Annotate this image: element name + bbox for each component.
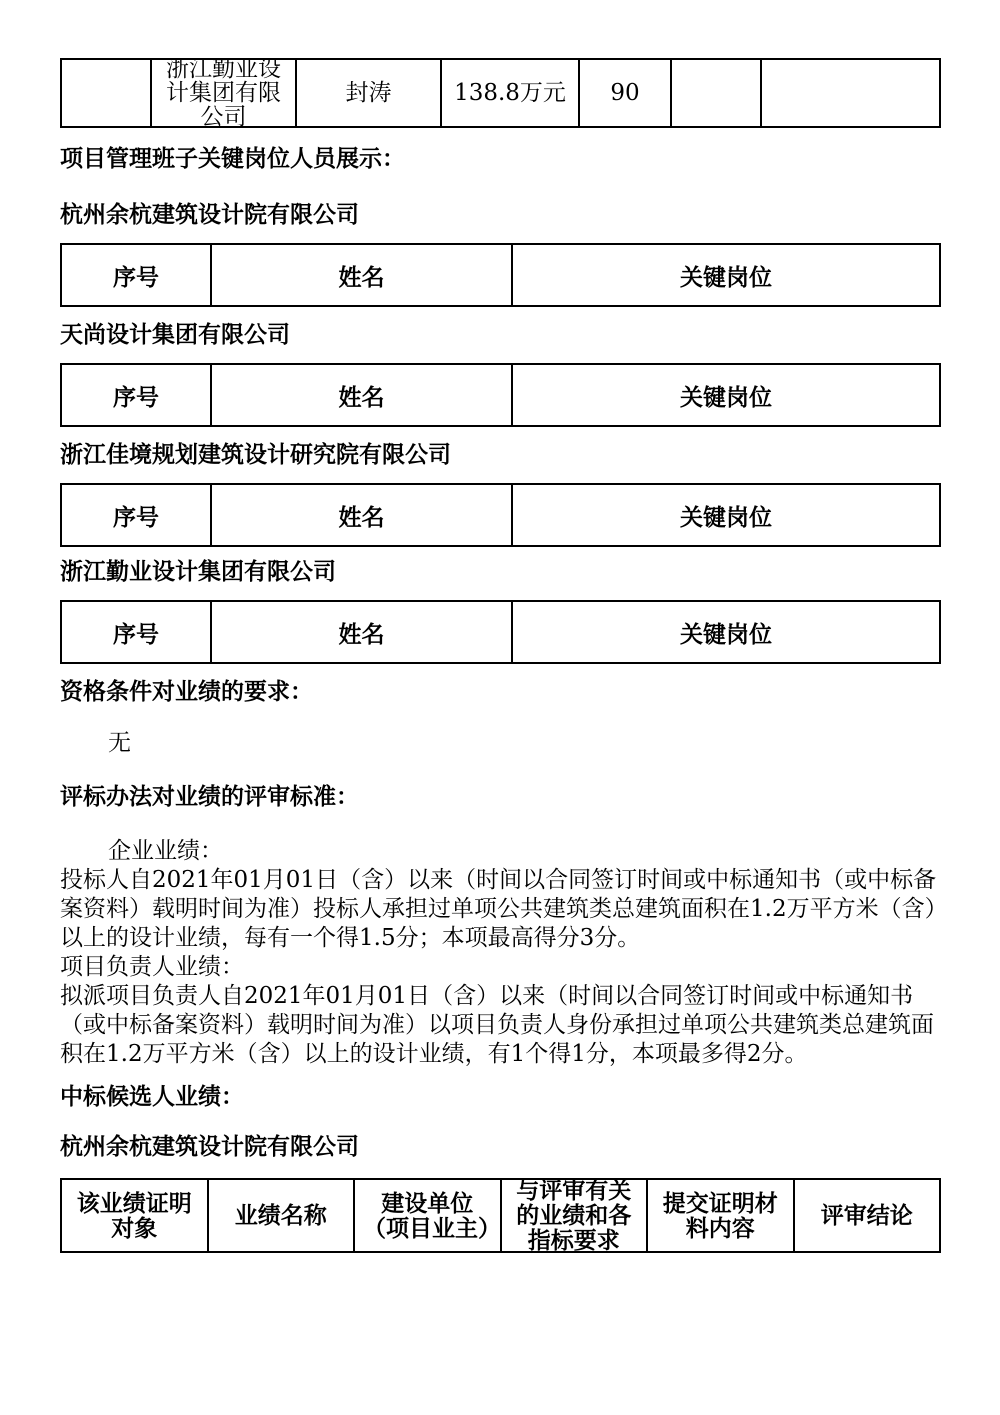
roster-header-name: 姓名 (210, 485, 511, 545)
performance-header-proof-materials: 提交证明材料内容 (646, 1180, 793, 1251)
roster-header-name: 姓名 (210, 602, 511, 662)
table-cell-bidder-name: 浙江勤业设计集团有限公司 (150, 60, 295, 126)
table-cell-empty (62, 60, 150, 126)
performance-header-proof-subject: 该业绩证明对象 (62, 1180, 207, 1251)
section-heading-key-positions: 项目管理班子关键岗位人员展示： (60, 147, 941, 170)
roster-table: 序号 姓名 关键岗位 (60, 363, 941, 427)
company-heading: 杭州余杭建筑设计院有限公司 (60, 203, 941, 226)
roster-table: 序号 姓名 关键岗位 (60, 483, 941, 547)
section-heading-winner-performance: 中标候选人业绩： (60, 1085, 941, 1108)
roster-header-index: 序号 (62, 485, 210, 545)
roster-header-position: 关键岗位 (511, 365, 939, 425)
company-heading: 天尚设计集团有限公司 (60, 323, 941, 346)
roster-header-name: 姓名 (210, 365, 511, 425)
qualification-value: 无 (60, 732, 941, 755)
roster-header-position: 关键岗位 (511, 245, 939, 305)
roster-header-index: 序号 (62, 602, 210, 662)
company-heading: 浙江勤业设计集团有限公司 (60, 560, 941, 583)
criteria-text: 企业业绩： 投标人自2021年01月01日（含）以来（时间以合同签订时间或中标通… (60, 837, 941, 1069)
criteria-leader-performance-label: 项目负责人业绩： (60, 953, 941, 982)
roster-header-name: 姓名 (210, 245, 511, 305)
roster-header-position: 关键岗位 (511, 602, 939, 662)
criteria-company-performance-text: 投标人自2021年01月01日（含）以来（时间以合同签订时间或中标通知书（或中标… (60, 866, 941, 953)
performance-table: 该业绩证明对象 业绩名称 建设单位（项目业主） 与评审有关的业绩和各指标要求 提… (60, 1178, 941, 1253)
roster-header-position: 关键岗位 (511, 485, 939, 545)
performance-header-construction-unit: 建设单位（项目业主） (353, 1180, 500, 1251)
performance-header-review-conclusion: 评审结论 (793, 1180, 940, 1251)
company-heading: 杭州余杭建筑设计院有限公司 (60, 1135, 941, 1158)
table-cell-empty (760, 60, 939, 126)
table-cell-score: 90 (578, 60, 670, 126)
criteria-leader-performance-text: 拟派项目负责人自2021年01月01日（含）以来（时间以合同签订时间或中标通知书… (60, 982, 941, 1069)
roster-table: 序号 姓名 关键岗位 (60, 600, 941, 664)
section-heading-criteria: 评标办法对业绩的评审标准： (60, 785, 941, 808)
section-heading-qualification: 资格条件对业绩的要求： (60, 680, 941, 703)
table-cell-bid-price: 138.8万元 (440, 60, 578, 126)
table-cell-empty (670, 60, 760, 126)
roster-header-index: 序号 (62, 245, 210, 305)
document-page: 浙江勤业设计集团有限公司 封涛 138.8万元 90 项目管理班子关键岗位人员展… (0, 0, 1000, 1253)
company-heading: 浙江佳境规划建筑设计研究院有限公司 (60, 443, 941, 466)
roster-table: 序号 姓名 关键岗位 (60, 243, 941, 307)
continued-results-table: 浙江勤业设计集团有限公司 封涛 138.8万元 90 (60, 58, 941, 128)
roster-header-index: 序号 (62, 365, 210, 425)
performance-header-related-requirements: 与评审有关的业绩和各指标要求 (500, 1180, 647, 1251)
performance-header-project-name: 业绩名称 (207, 1180, 354, 1251)
table-cell-person-name: 封涛 (295, 60, 440, 126)
criteria-company-performance-label: 企业业绩： (60, 837, 941, 866)
